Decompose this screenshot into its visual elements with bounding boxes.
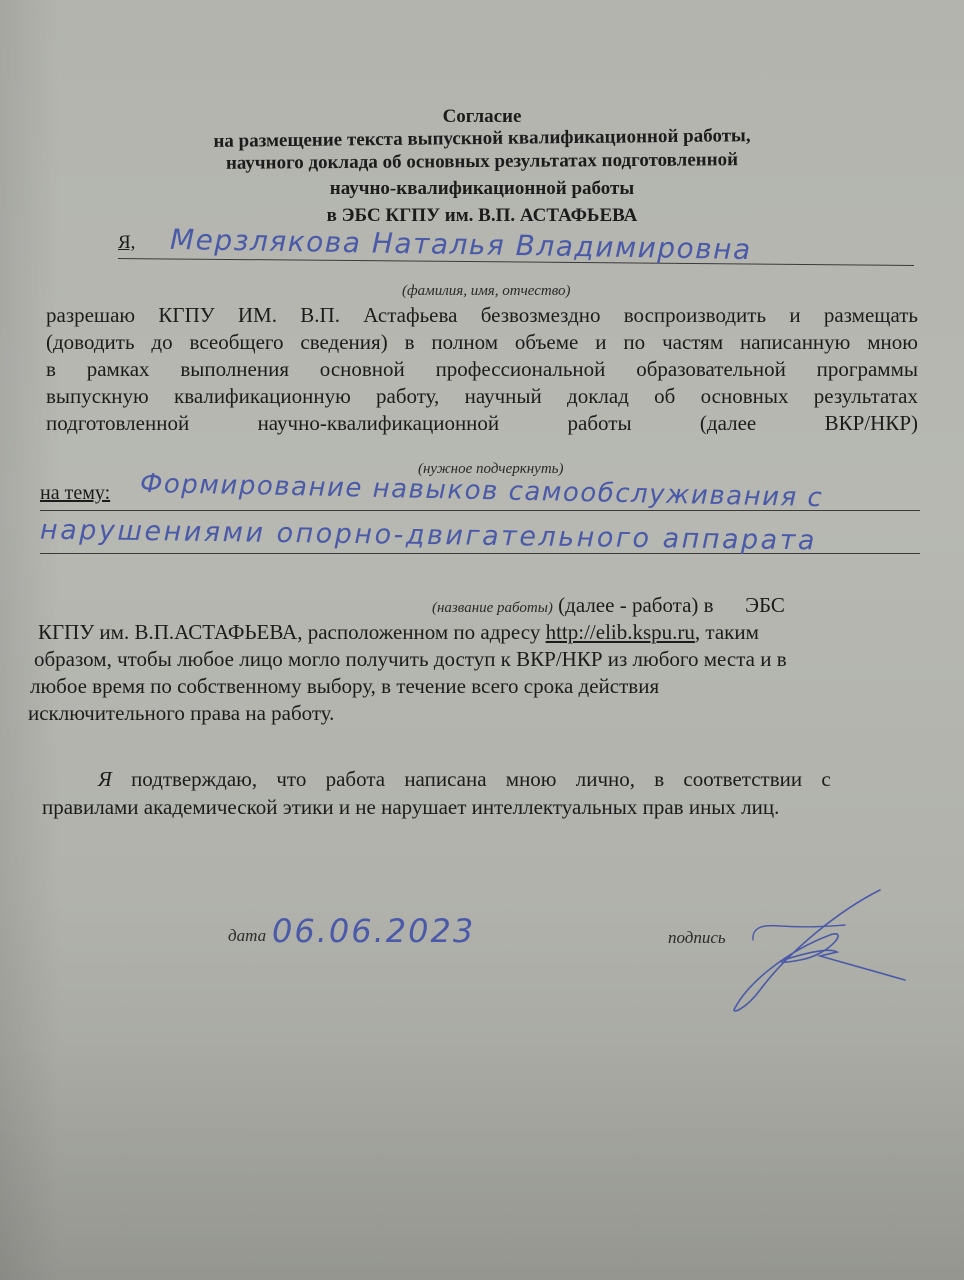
date-label: дата (228, 926, 266, 946)
permission-line-2: (доводить до всеобщего сведения) в полно… (46, 330, 918, 355)
signature-icon (720, 880, 950, 1020)
elib-link[interactable]: http://elib.kspu.ru (546, 620, 695, 644)
location-text: КГПУ им. В.П.АСТАФЬЕВА, расположенном по… (38, 620, 546, 644)
confirmation-text: подтверждаю, что работа написана мною ли… (112, 767, 831, 791)
permission-line-3: в рамках выполнения основной профессиона… (46, 357, 918, 382)
signature-label: подпись (668, 928, 726, 948)
confirmation-line-2: правилами академической этики и не наруш… (42, 795, 779, 820)
name-caption: (фамилия, имя, отчество) (402, 283, 571, 300)
permission-line-5: подготовленной научно-квалификационной р… (46, 411, 918, 436)
name-prefix: Я, (118, 232, 135, 254)
location-line-4: исключительного права на работу. (28, 701, 334, 726)
page-shadow-bottom (0, 1040, 964, 1280)
topic-caption-line: (название работы) (далее - работа) в ЭБС (432, 593, 785, 618)
consent-document-page: Согласие на размещение текста выпускной … (0, 0, 964, 1280)
location-line-2: образом, чтобы любое лицо могло получить… (34, 647, 787, 672)
topic-handwritten-line-2: нарушениями опорно-двигательного аппарат… (40, 515, 817, 557)
topic-prefix: на тему: (40, 482, 110, 505)
topic-caption-suffix: (далее - работа) в ЭБС (553, 593, 785, 617)
location-line-3: любое время по собственному выбору, в те… (30, 674, 659, 699)
title-line-4: научно-квалификационной работы (0, 178, 964, 200)
permission-line-1: разрешаю КГПУ ИМ. В.П. Астафьева безвозм… (46, 303, 918, 328)
location-line-1: КГПУ им. В.П.АСТАФЬЕВА, расположенном по… (38, 620, 759, 645)
location-text-end: , таким (695, 620, 759, 644)
confirmation-italic-ya: Я (98, 767, 112, 791)
permission-line-4: выпускную квалификационную работу, научн… (46, 384, 918, 409)
confirmation-line-1: Я подтверждаю, что работа написана мною … (98, 767, 918, 792)
topic-handwritten-line-1: Формирование навыков самообслуживания с (140, 469, 824, 513)
topic-caption: (название работы) (432, 600, 553, 616)
date-handwritten-value: 06.06.2023 (272, 912, 475, 950)
title-line-5: в ЭБС КГПУ им. В.П. АСТАФЬЕВА (0, 205, 964, 227)
